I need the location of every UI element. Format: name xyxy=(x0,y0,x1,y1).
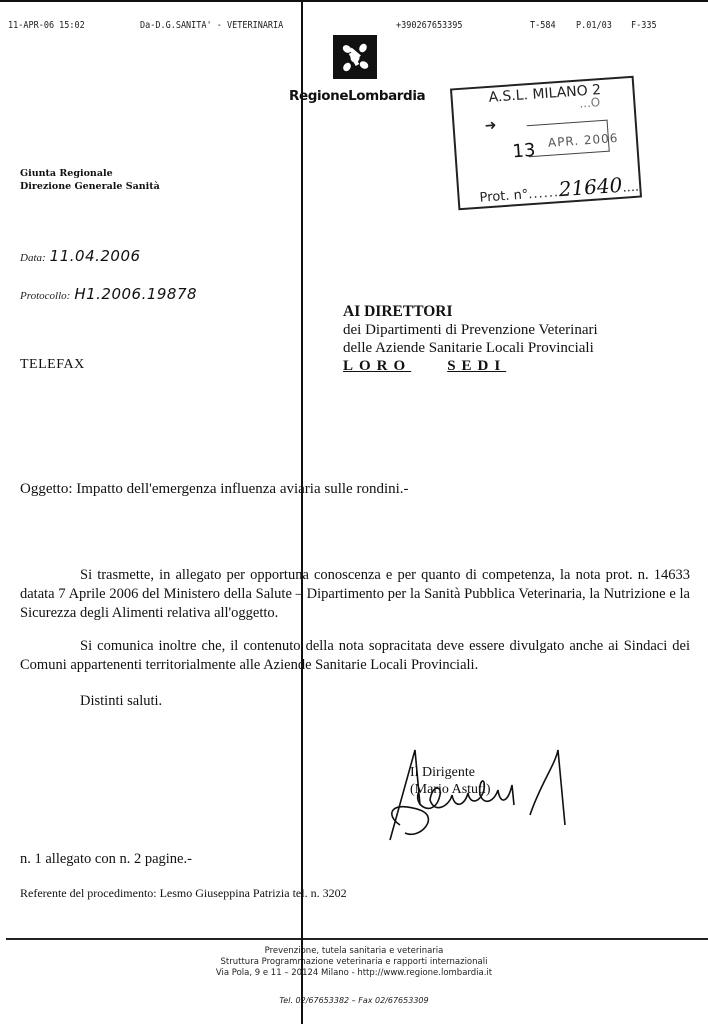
protocol-row: Protocollo: H1.2006.19878 xyxy=(20,285,197,304)
fax-tx-id: T-584 xyxy=(530,20,556,31)
footer-line3: Via Pola, 9 e 11 – 20124 Milano - http:/… xyxy=(0,968,708,979)
signature-block: Il Dirigente (Mario Astuti) xyxy=(410,764,491,798)
recipients-line3: LOROSEDI xyxy=(343,357,598,375)
body-paragraph-1: Si trasmette, in allegato per opportuna … xyxy=(20,566,690,623)
fax-page: P.01/03 xyxy=(576,20,612,31)
scan-vertical-line-artifact xyxy=(301,0,303,1024)
fax-phone: +390267653395 xyxy=(396,20,463,31)
stamp-prot-label: Prot. n° xyxy=(479,187,529,205)
closing-salutation: Distinti saluti. xyxy=(80,693,162,710)
recipients-title: AI DIRETTORI xyxy=(343,303,598,321)
footer-tel-fax: Tel. 02/67653382 – Fax 02/67653309 xyxy=(0,995,708,1006)
fax-top-rule xyxy=(0,0,708,2)
protocol-reception-stamp: A.S.L. MILANO 2 ...O ➜ 13 APR. 2006 Prot… xyxy=(450,76,642,211)
date-row: Data: 11.04.2006 xyxy=(20,247,141,266)
footer-address-block: Prevenzione, tutela sanitaria e veterina… xyxy=(0,946,708,979)
paragraph-2-text: Si comunica inoltre che, il contenuto de… xyxy=(20,638,690,673)
subject-line: Oggetto: Impatto dell'emergenza influenz… xyxy=(20,481,409,498)
stamp-day: 13 xyxy=(512,140,536,163)
fax-datetime: 11-APR-06 15:02 xyxy=(8,20,85,31)
stamp-prot-number: 21640 xyxy=(558,173,623,201)
recipients-line1: dei Dipartimenti di Prevenzione Veterina… xyxy=(343,321,598,339)
signatory-name: (Mario Astuti) xyxy=(410,781,491,798)
telefax-label: TELEFAX xyxy=(20,357,85,373)
body-paragraph-2: Si comunica inoltre che, il contenuto de… xyxy=(20,637,690,675)
footer-rule xyxy=(6,938,708,940)
sedi-text: SEDI xyxy=(447,358,506,374)
fax-id: F-335 xyxy=(631,20,657,31)
regione-lombardia-logo-text: RegioneLombardia xyxy=(289,88,425,104)
regione-lombardia-rose-icon xyxy=(333,35,377,79)
organization-line1: Giunta Regionale xyxy=(20,167,160,180)
attachment-note: n. 1 allegato con n. 2 pagine.- xyxy=(20,851,192,868)
stamp-protocol: Prot. n°......21640.... xyxy=(479,172,640,207)
protocol-value-handwritten: H1.2006.19878 xyxy=(74,285,197,303)
footer-line2: Struttura Programmazione veterinaria e r… xyxy=(0,957,708,968)
organization-line2: Direzione Generale Sanità xyxy=(20,180,160,193)
stamp-subtitle: ...O xyxy=(579,95,601,110)
referente-note: Referente del procedimento: Lesmo Giusep… xyxy=(20,886,347,901)
loro-text: LORO xyxy=(343,358,411,374)
date-label: Data: xyxy=(20,252,46,264)
recipients-block: AI DIRETTORI dei Dipartimenti di Prevenz… xyxy=(343,303,598,375)
date-value-handwritten: 11.04.2006 xyxy=(50,247,141,265)
stamp-arrow-icon: ➜ xyxy=(484,117,497,135)
recipients-line2: delle Aziende Sanitarie Locali Provincia… xyxy=(343,339,598,357)
signatory-role: Il Dirigente xyxy=(410,764,491,781)
protocol-label: Protocollo: xyxy=(20,290,70,302)
footer-line1: Prevenzione, tutela sanitaria e veterina… xyxy=(0,946,708,957)
fax-sender: Da-D.G.SANITA' - VETERINARIA xyxy=(140,20,283,31)
organization-block: Giunta Regionale Direzione Generale Sani… xyxy=(20,167,160,193)
paragraph-1-text: Si trasmette, in allegato per opportuna … xyxy=(20,567,690,621)
